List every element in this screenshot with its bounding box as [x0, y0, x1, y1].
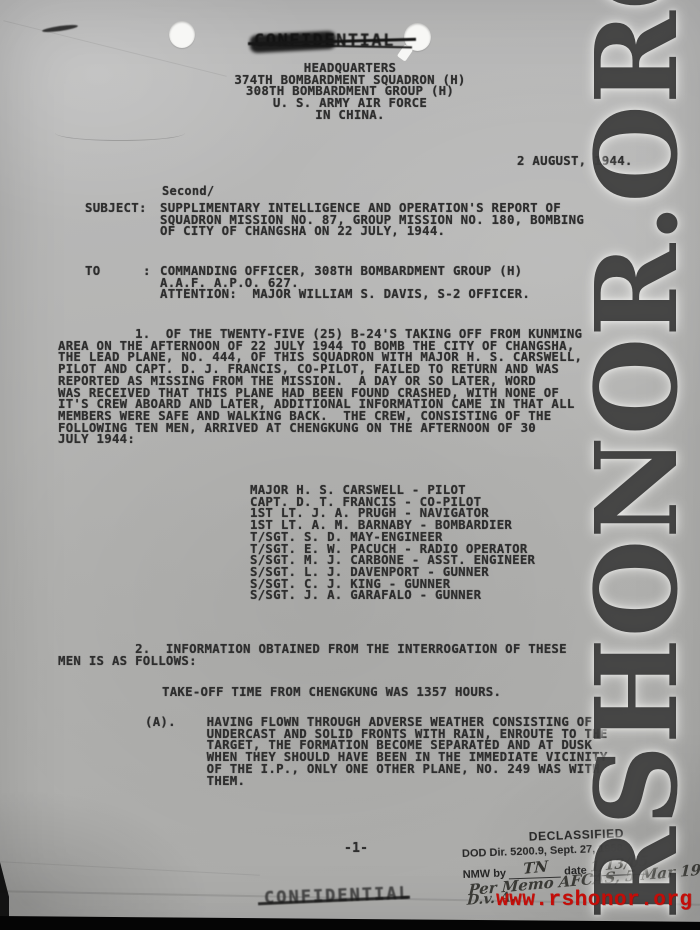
text-line: OF CITY OF CHANGSHA ON 22 JULY, 1944.: [160, 225, 584, 237]
paper-crease: [55, 125, 185, 141]
subject-label: SUBJECT:: [85, 202, 147, 214]
scanned-document-page: CONFIDENTIAL HEADQUARTERS374TH BOMBARDME…: [0, 0, 700, 930]
to-label: TO: [85, 265, 100, 277]
paragraph-2: 2. INFORMATION OBTAINED FROM THE INTERRO…: [58, 643, 567, 666]
watermark-vertical-text: RSHONOR.ORG: [577, 0, 700, 930]
text-line: THEM.: [145, 775, 608, 787]
text-line: JULY 1944:: [58, 433, 582, 445]
paragraph-1: 1. OF THE TWENTY-FIVE (25) B-24'S TAKING…: [58, 328, 582, 445]
crew-list: MAJOR H. S. CARSWELL - PILOTCAPT. D. T. …: [250, 484, 535, 601]
paper-crease: [0, 861, 260, 876]
text-line: ATTENTION: MAJOR WILLIAM S. DAVIS, S-2 O…: [160, 288, 530, 300]
to-separator: :: [143, 265, 151, 277]
subject-text: SUPPLIMENTARY INTELLIGENCE AND OPERATION…: [160, 202, 584, 237]
item-a: (A). HAVING FLOWN THROUGH ADVERSE WEATHE…: [145, 716, 608, 786]
top-classification-stamp: CONFIDENTIAL: [254, 31, 414, 57]
punch-hole: [169, 21, 195, 48]
takeoff-time-line: TAKE-OFF TIME FROM CHENGKUNG WAS 1357 HO…: [162, 686, 501, 698]
text-line: MEN IS AS FOLLOWS:: [58, 655, 567, 667]
page-number: -1-: [344, 843, 368, 855]
text-line: FOLLOWING TEN MEN, ARRIVED AT CHENGKUNG …: [58, 422, 582, 434]
watermark-url: www.rshonor.org: [496, 889, 693, 912]
to-text: COMMANDING OFFICER, 308TH BOMBARDMENT GR…: [160, 265, 530, 300]
endorsement-note: Second/: [162, 186, 214, 198]
text-line: S/SGT. J. A. GARAFALO - GUNNER: [250, 589, 535, 601]
